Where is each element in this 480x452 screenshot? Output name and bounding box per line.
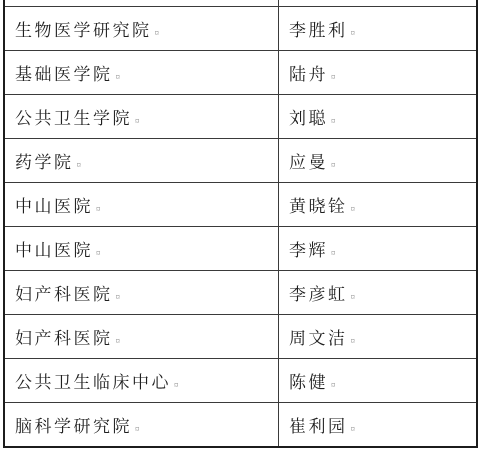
end-of-cell-mark: ¤ xyxy=(351,292,356,302)
institution-text: 妇产科医院 xyxy=(15,329,113,348)
end-of-cell-mark: ¤ xyxy=(351,424,356,434)
institution-cell[interactable]: 妇产科医院¤ xyxy=(4,271,279,315)
name-cell[interactable]: 周文洁¤ xyxy=(279,315,478,359)
name-text: 刘聪 xyxy=(289,109,328,128)
table-row: 生物医学研究院¤ 李胜利¤ xyxy=(4,7,477,51)
end-of-cell-mark: ¤ xyxy=(96,248,101,258)
end-of-cell-mark: ¤ xyxy=(135,116,140,126)
institution-text: 公共卫生学院 xyxy=(15,109,132,128)
end-of-cell-mark: ¤ xyxy=(135,424,140,434)
institution-cell[interactable]: 妇产科医院¤ xyxy=(4,315,279,359)
end-of-cell-mark: ¤ xyxy=(351,28,356,38)
name-text: 陈健 xyxy=(289,373,328,392)
table-row: 基础医学院¤ 陆舟¤ xyxy=(4,51,477,95)
institution-cell[interactable]: 中山医院¤ xyxy=(4,183,279,227)
name-cell[interactable]: 李彦虹¤ xyxy=(279,271,478,315)
table-row: 中山医院¤ 黄晓铨¤ xyxy=(4,183,477,227)
end-of-cell-mark: ¤ xyxy=(174,380,179,390)
name-cell[interactable]: 李辉¤ xyxy=(279,227,478,271)
institution-cell[interactable]: 基础医学院¤ xyxy=(4,51,279,95)
document-page: 生物医学研究院¤ 李胜利¤ 基础医学院¤ 陆舟¤ 公共卫生学院¤ 刘聪¤ 药学院… xyxy=(0,0,480,452)
table-row: 妇产科医院¤ 李彦虹¤ xyxy=(4,271,477,315)
table-row: 公共卫生学院¤ 刘聪¤ xyxy=(4,95,477,139)
institution-cell[interactable]: 公共卫生临床中心¤ xyxy=(4,359,279,403)
institution-text: 基础医学院 xyxy=(15,65,113,84)
institution-cell[interactable]: 药学院¤ xyxy=(4,139,279,183)
table-row: 妇产科医院¤ 周文洁¤ xyxy=(4,315,477,359)
end-of-cell-mark: ¤ xyxy=(331,116,336,126)
institution-text: 生物医学研究院 xyxy=(15,21,152,40)
end-of-cell-mark: ¤ xyxy=(155,28,160,38)
name-text: 陆舟 xyxy=(289,65,328,84)
institution-text: 公共卫生临床中心 xyxy=(15,373,171,392)
end-of-cell-mark: ¤ xyxy=(331,248,336,258)
end-of-cell-mark: ¤ xyxy=(331,380,336,390)
name-cell[interactable]: 黄晓铨¤ xyxy=(279,183,478,227)
name-text: 应曼 xyxy=(289,153,328,172)
name-cell[interactable]: 刘聪¤ xyxy=(279,95,478,139)
institution-cell[interactable]: 生物医学研究院¤ xyxy=(4,7,279,51)
name-text: 李胜利 xyxy=(289,21,348,40)
end-of-cell-mark: ¤ xyxy=(116,292,121,302)
institution-text: 药学院 xyxy=(15,153,74,172)
name-text: 黄晓铨 xyxy=(289,197,348,216)
name-cell[interactable]: 崔利园¤ xyxy=(279,403,478,448)
end-of-cell-mark: ¤ xyxy=(77,160,82,170)
table-row: 公共卫生临床中心¤ 陈健¤ xyxy=(4,359,477,403)
institution-name-table: 生物医学研究院¤ 李胜利¤ 基础医学院¤ 陆舟¤ 公共卫生学院¤ 刘聪¤ 药学院… xyxy=(3,0,478,448)
end-of-cell-mark: ¤ xyxy=(351,204,356,214)
table-row: 中山医院¤ 李辉¤ xyxy=(4,227,477,271)
name-text: 崔利园 xyxy=(289,417,348,436)
end-of-cell-mark: ¤ xyxy=(331,160,336,170)
table-row: 药学院¤ 应曼¤ xyxy=(4,139,477,183)
name-text: 李彦虹 xyxy=(289,285,348,304)
end-of-cell-mark: ¤ xyxy=(96,204,101,214)
institution-cell[interactable]: 公共卫生学院¤ xyxy=(4,95,279,139)
institution-cell[interactable]: 中山医院¤ xyxy=(4,227,279,271)
institution-text: 中山医院 xyxy=(15,197,93,216)
name-cell[interactable]: 李胜利¤ xyxy=(279,7,478,51)
end-of-cell-mark: ¤ xyxy=(331,72,336,82)
table-row: 脑科学研究院¤ 崔利园¤ xyxy=(4,403,477,448)
name-text: 周文洁 xyxy=(289,329,348,348)
name-cell[interactable]: 应曼¤ xyxy=(279,139,478,183)
institution-cell[interactable]: 脑科学研究院¤ xyxy=(4,403,279,448)
institution-text: 妇产科医院 xyxy=(15,285,113,304)
name-text: 李辉 xyxy=(289,241,328,260)
end-of-cell-mark: ¤ xyxy=(351,336,356,346)
institution-text: 中山医院 xyxy=(15,241,93,260)
institution-text: 脑科学研究院 xyxy=(15,417,132,436)
name-cell[interactable]: 陈健¤ xyxy=(279,359,478,403)
end-of-cell-mark: ¤ xyxy=(116,336,121,346)
end-of-cell-mark: ¤ xyxy=(116,72,121,82)
name-cell[interactable]: 陆舟¤ xyxy=(279,51,478,95)
table-body: 生物医学研究院¤ 李胜利¤ 基础医学院¤ 陆舟¤ 公共卫生学院¤ 刘聪¤ 药学院… xyxy=(4,0,477,447)
